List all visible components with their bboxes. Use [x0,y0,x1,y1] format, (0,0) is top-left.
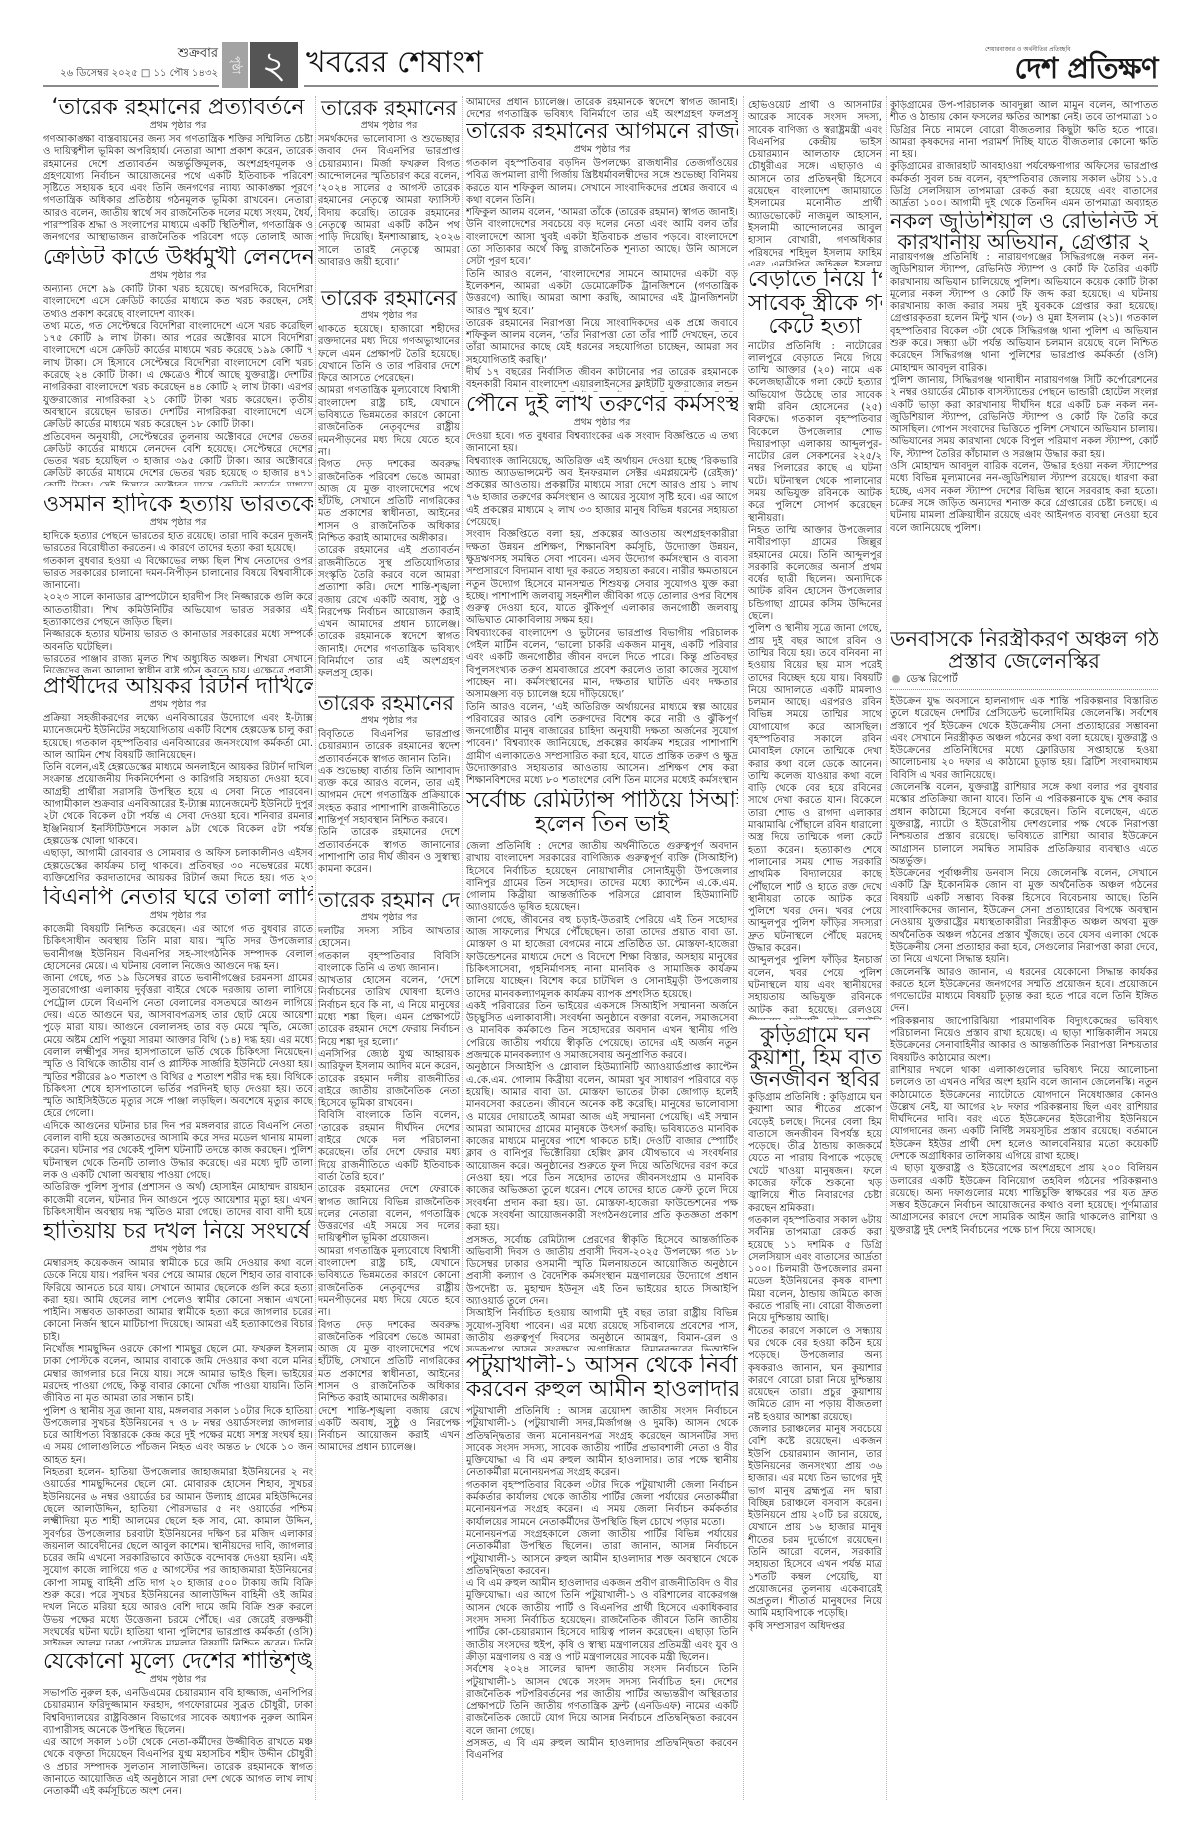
article-body: দলটির সদস্য সচিব আখতার হোসেন। গতকাল বৃহস… [318,926,460,1455]
paragraph: তিনি বলেন,এই হেল্পডেস্কের মাধ্যমে অনলাইন… [43,762,313,848]
continued-label: প্রথম পৃষ্ঠার পর [318,120,460,132]
paragraph: নারায়ণগঞ্জ প্রতিনিধি : নারায়ণগঞ্জের সি… [890,252,1158,375]
headline: তারেক রহমানের [318,96,460,120]
paragraph: আখতার হোসেন বলেন, ‘দেশে নির্বাচনের তারিখ… [318,975,460,1049]
headline: প্রার্থীদের আয়কর রিটার্ন দাখিলে বিশেষ [43,675,313,699]
paragraph: সর্বশেষ ২০২৪ সালের দ্বাদশ জাতীয় সংসদ নি… [466,1664,738,1738]
headline-line: জনজীবন স্থবির [748,1068,882,1090]
headline-line: সর্বোচ্চ রেমিট্যান্স পাঠিয়ে সিআইপি [466,789,738,813]
headline: ডনবাসকে নিরস্ত্রীকরণ অঞ্চল গঠনের প্রস্তা… [890,628,1158,672]
paragraph: আমরা গণতান্ত্রিক মূল্যবোধে বিশ্বাসী বাংল… [318,1246,460,1320]
column-separator [315,96,316,1800]
paragraph: ২০২৩ সালে কানাডার ব্রাম্পটোনে হারদীপ সিং… [43,592,313,629]
paragraph: রাশিয়ার দখলে থাকা এলাকাগুলোর ভবিষ্যৎ নি… [890,1065,1158,1163]
headline-line: পটুয়াখালী-১ আসন থেকে নির্বাচন [466,1354,738,1378]
article-body: কাজেমী বিষয়টি নিশ্চিত করেছেন। এর আগে গত… [43,924,313,1216]
paragraph: এক শুভেচ্ছা বার্তায় তিনি আশাবাদ ব্যক্ত … [318,766,460,827]
article-body: পটুয়াখালী প্রতিনিধি : আসন্ন ত্রয়োদশ জা… [466,1406,738,1763]
paragraph: দলটির সদস্য সচিব আখতার হোসেন। [318,926,460,951]
paragraph: গতকাল বৃহস্পতিবার বিবিসি বাংলাকে তিনি এ … [318,951,460,976]
paragraph: শফিকুল আলম বলেন, ‘আমরা তাঁকে (তারেক রহমা… [466,207,738,268]
paragraph: নাটোর প্রতিনিধি : নাটোরের লালপুরে বেড়াত… [748,341,882,525]
article-bnp-leader-house-fire: বিএনপি নেতার ঘরে তালা লাগিয়ে প্রথম পৃষ্… [43,886,313,1216]
headline: তারেক রহমান দেশে [318,888,460,912]
headline: ওসমান হাদিকে হত্যায় ভারতকে [43,493,313,517]
paragraph: গতকাল বৃহস্পতিবার সকাল ৬টায় সর্বনিম্ন ত… [748,1215,882,1326]
header-rule [304,85,1158,87]
article-continuation-patuakhali: হেভিওয়েট প্রার্থী ও আসনটির আরেক সাবেক স… [748,100,882,266]
headline-line: প্রস্তাব জেলেনস্কির [890,650,1158,672]
headline: বিএনপি নেতার ঘরে তালা লাগিয়ে [43,886,313,910]
continued-label: প্রথম পৃষ্ঠার পর [43,699,313,711]
article-tarique-2: তারেক রহমানের প্রথম পৃষ্ঠার পর থাকতে হয়… [318,286,460,688]
paragraph: ইউক্রেন যুদ্ধ অবসানে হালনাগাদ এক শান্তি … [890,696,1158,782]
continued-label: প্রথম পৃষ্ঠার পর [43,1674,313,1686]
headline: সর্বোচ্চ রেমিট্যান্স পাঠিয়ে সিআইপি হলেন… [466,789,738,837]
headline: ক্রেডিট কার্ডে উর্ধ্বমুখী লেনদেন [43,246,313,270]
article-body: নাটোর প্রতিনিধি : নাটোরের লালপুরে বেড়াত… [748,341,882,1021]
paragraph: এদিকে আগুনের ঘটনার চার দিন পর মঙ্গলবার র… [43,1121,313,1182]
article-political-arrival: তারেক রহমানের আগমনে রাজনৈতিক প্রথম পৃষ্ঠ… [466,120,738,392]
paragraph: এ বি এম রুহুল আমীন হাওলাদার একজন প্রবীণ … [466,1578,738,1664]
headline-line: কুড়িগ্রামে ঘন [748,1024,882,1046]
paragraph: কৃষি সম্প্রসারণ অধিদপ্তর [748,1621,882,1633]
headline: পটুয়াখালী-১ আসন থেকে নির্বাচন করবেন রুহ… [466,1354,738,1402]
paragraph: বিশ্বব্যাংকের বাংলাদেশ ও ভুটানের ভারপ্রা… [466,628,738,702]
article-fake-stamp-factory: নকল জুডিশিয়াল ও রেভিনিউ স্ট্যাম্পের কার… [890,211,1158,623]
article-body: মেম্বারসহ কয়েকজন আমার স্বামীকে চরে জমি … [43,1258,313,1645]
continued-label: প্রথম পৃষ্ঠার পর [43,270,313,282]
paragraph: জেলা প্রতিনিধি : দেশের জাতীয় অর্থনীতিতে… [466,841,738,915]
article-tarique-1: তারেক রহমানের প্রথম পৃষ্ঠার পর সমর্থকদের… [318,96,460,284]
paragraph: তথ্য মতে, গত সেপ্টেম্বরে বিদেশিরা বাংলাদ… [43,321,313,432]
paragraph: কুড়িগ্রাম প্রতিনিধি : কুড়িগ্রামে ঘন কু… [748,1092,882,1215]
article-peace-order: যেকোনো মূল্যে দেশের শান্তিশৃঙ্খলা রক্ষা … [43,1650,313,1800]
paragraph: সমর্থকদের ভালোবাসা ও শুভেচ্ছার জবাব দেন … [318,134,460,269]
continued-label: প্রথম পৃষ্ঠার পর [318,912,460,924]
continued-label: প্রথম পৃষ্ঠার পর [466,144,738,156]
article-body: কুড়িগ্রাম প্রতিনিধি : কুড়িগ্রামে ঘন কু… [748,1092,882,1633]
article-ex-wife-murder: বেড়াতে নিয়ে গিয়ে সাবেক স্ত্রীকে গলা ক… [748,268,882,1020]
article-credit-card: ক্রেডিট কার্ডে উর্ধ্বমুখী লেনদেন প্রথম প… [43,246,313,486]
masthead-logo: দেশ প্রতিক্ষণ [975,52,1158,84]
article-body: ইউক্রেন যুদ্ধ অবসানে হালনাগাদ এক শান্তি … [890,696,1158,1237]
paragraph: ওসি মোহাম্মদ আবদুল বারিক বলেন, উদ্ধার হও… [890,461,1158,535]
article-body: গণআকাঙ্ক্ষা বাস্তবায়নের জন্য সব গণতান্ত… [43,134,313,242]
paragraph: বিশ্বব্যাংক জানিয়েছে, অতিরিক্ত এই অর্থা… [466,456,738,530]
continued-label: প্রথম পৃষ্ঠার পর [43,120,313,132]
paragraph: এনসিপির জ্যেষ্ঠ যুগ্ম আহ্বায়ক আরিফুল ইস… [318,1049,460,1110]
paragraph: থাকতে হয়েছে। হাজারো শহীদের রক্তদানের মধ… [318,324,460,385]
headline-line: কেটে হত্যা [748,315,882,339]
headline: তারেক রহমানের ফেরা [318,691,460,715]
headline-line: নকল জুডিশিয়াল ও রেভিনিউ স্ট্যাম্পের [890,211,1158,232]
article-candidates-tax-return: প্রার্থীদের আয়কর রিটার্ন দাখিলে বিশেষ প… [43,675,313,883]
paragraph: হেভিওয়েট প্রার্থী ও আসনটির আরেক সাবেক স… [748,100,882,266]
paragraph: প্রসঙ্গত, এ বি এম রুহুল আমীন হাওলাদার প্… [466,1738,738,1763]
bullet-icon [892,675,900,683]
paragraph: আমরা গণতান্ত্রিক মূল্যবোধে বিশ্বাসী বাংল… [318,385,460,459]
paragraph: পুলিশ ও স্থানীয় সূত্রে জানা গেছে, প্রায… [748,623,882,955]
paragraph: জেলেনস্কি বলেন, যুক্তরাষ্ট্র রাশিয়ার সঙ… [890,782,1158,868]
paragraph: দেশে শান্তি-শৃঙ্খলা বজায় রেখে একটি অবাধ… [318,1406,460,1455]
paragraph: ইউক্রেনের পূর্বাঞ্চলীয় ডনবাস নিয়ে জেলে… [890,868,1158,966]
continued-label: প্রথম পৃষ্ঠার পর [466,417,738,429]
paragraph: কুড়িগ্রামের রাজারহাট আবহাওয়া পর্যবেক্ষ… [890,161,1158,210]
paragraph: কুড়িগ্রামের উপ-পরিচালক আবদুল্লা আল মামু… [890,100,1158,161]
paragraph: জানা গেছে, গত ১৯ ডিসেম্বর রাতে ভবানীগঞ্জ… [43,973,313,1121]
paragraph: শীতের কারণে সকালে ও সন্ধ্যায় ঘর থেকে বে… [748,1326,882,1424]
paragraph: সভাপতি নুরুল হক, এনডিএমের চেয়ারম্যান বব… [43,1688,313,1737]
paragraph: পুলিশ ও স্থানীয় সূত্র জানা যায়, মঙ্গলব… [43,1406,313,1467]
paragraph: বিগত দেড় দশকের অবরুদ্ধ রাজনৈতিক পরিবেশ … [318,1320,460,1406]
paragraph: এছাড়া, আগামী রোববার ও সোমবার ও অফিস চলা… [43,848,313,883]
article-osman-hadi: ওসমান হাদিকে হত্যায় ভারতকে প্রথম পৃষ্ঠা… [43,493,313,673]
article-body: নারায়ণগঞ্জ প্রতিনিধি : নারায়ণগঞ্জের সি… [890,252,1158,535]
article-continuation-kurigram: কুড়িগ্রামের উপ-পরিচালক আবদুল্লা আল মামু… [890,100,1158,210]
paragraph: বিবৃতিতে বিএনপির ভারপ্রাপ্ত চেয়ারম্যান … [318,729,460,766]
paragraph: প্রক্রিয়া সহজীকরণের লক্ষ্যে এনবিআরের উদ… [43,713,313,762]
article-body: দেওয়া হবে। গত বুধবার বিশ্বব্যাংকের এক স… [466,431,738,787]
paragraph: একই পরিবারের তিন ভাইয়ের একসঙ্গে সিআইপি … [466,1001,738,1062]
column-separator [743,96,744,1800]
issue-date: ২৬ ডিসেম্বর ২০২৫ □ ১১ পৌষ ১৪৩২ [43,67,218,80]
continued-label: প্রথম পৃষ্ঠার পর [43,910,313,922]
column-separator [886,96,887,1800]
article-patuakhali-election: পটুয়াখালী-১ আসন থেকে নির্বাচন করবেন রুহ… [466,1354,738,1800]
article-body: থাকতে হয়েছে। হাজারো শহীদের রক্তদানের মধ… [318,324,460,681]
article-body: হাদিকে হত্যার পেছনে ভারতের হাত রয়েছে। ত… [43,531,313,673]
article-remittance-cip: সর্বোচ্চ রেমিট্যান্স পাঠিয়ে সিআইপি হলেন… [466,789,738,1351]
paragraph: নিখোঁজ শামছুদ্দিন ওরফে কোপা শামছুর ছেলে … [43,1344,313,1405]
paragraph: পুলিশ জানায়, সিদ্ধিরগঞ্জ থানাধীন নারায়… [890,375,1158,461]
paragraph: এ ছাড়া যুক্তরাষ্ট্র ও ইউরোপের অংশগ্রহণে… [890,1163,1158,1237]
paragraph: প্রসঙ্গত, সর্বোচ্চ রেমিট্যান্স প্রেরণের … [466,1235,738,1309]
paragraph: তারেক রহমানের নিরাপত্তা নিয়ে সাংবাদিকদে… [466,318,738,367]
paragraph: গতকাল বৃহস্পতিবার বিকেল ৩টার দিকে পটুয়া… [466,1480,738,1529]
paragraph: পটুয়াখালী প্রতিনিধি : আসন্ন ত্রয়োদশ জা… [466,1406,738,1480]
paragraph: তারেক রহমানের এই প্রত্যাবর্তন রাজনীতিতে … [318,545,460,680]
article-body: অন্যান্য দেশে ৯৯ কোটি টাকা খরচ হয়েছে। অ… [43,284,313,486]
paragraph: সিআইপি নির্বাচিত হওয়ায় আগামী দুই বছর ত… [466,1308,738,1351]
paragraph: হাদিকে হত্যার পেছনে ভারতের হাত রয়েছে। ত… [43,531,313,556]
page-label-box: পৃষ্ঠা [222,42,248,88]
article-body: প্রক্রিয়া সহজীকরণের লক্ষ্যে এনবিআরের উদ… [43,713,313,883]
article-body: বিবৃতিতে বিএনপির ভারপ্রাপ্ত চেয়ারম্যান … [318,729,460,877]
article-body: সমর্থকদের ভালোবাসা ও শুভেচ্ছার জবাব দেন … [318,134,460,269]
continued-label: প্রথম পৃষ্ঠার পর [43,1244,313,1256]
headline-line: হলেন তিন ভাই [466,813,738,837]
date-underline [43,85,219,87]
paragraph: সংবাদ বিজ্ঞপ্তিতে বলা হয়, প্রকল্পের আওত… [466,529,738,627]
paragraph: আব্দুলপুর পুলিশ ফাঁড়ির ইনচার্জ বলেন, খব… [748,955,882,1020]
article-kurigram-fog: কুড়িগ্রামে ঘন কুয়াশা, হিম বাতাসে জনজীব… [748,1024,882,1800]
paragraph: জেলেনস্কি আরও জানান, এ ধরনের যেকোনো সিদ্… [890,967,1158,1016]
paragraph: পরিকল্পনায় জাপোরিঝিয়া পারমাণবিক বিদ্যু… [890,1016,1158,1065]
headline: কুড়িগ্রামে ঘন কুয়াশা, হিম বাতাসে জনজীব… [748,1024,882,1090]
paragraph: মনোনয়নপত্র সংগ্রহকালে জেলা জাতীয় পার্ট… [466,1529,738,1578]
paragraph: কাজেমী বিষয়টি নিশ্চিত করেছেন। এর আগে গত… [43,924,313,973]
paragraph: গণআকাঙ্ক্ষা বাস্তবায়নের জন্য সব গণতান্ত… [43,134,313,242]
paragraph: অন্যান্য দেশে ৯৯ কোটি টাকা খরচ হয়েছে। অ… [43,284,313,321]
headline-line: সাবেক স্ত্রীকে গলা [748,292,882,316]
section-title: খবরের শেষাংশ [306,44,483,82]
weekday: শুক্রবার [120,46,218,62]
article-body: কুড়িগ্রামের উপ-পরিচালক আবদুল্লা আল মামু… [890,100,1158,210]
headline-line: ডনবাসকে নিরস্ত্রীকরণ অঞ্চল গঠনের [890,628,1158,650]
paragraph: নিজ্জারকে হত্যার ঘটনায় ভারত ও কানাডার স… [43,629,313,654]
article-tarique-home: তারেক রহমান দেশে প্রথম পৃষ্ঠার পর দলটির … [318,888,460,1800]
headline-line: কারখানায় অভিযান, গ্রেপ্তার ২ [890,232,1158,253]
paragraph: গতকাল বৃহস্পতিবার বড়দিন উপলক্ষ্যে রাজধা… [466,158,738,207]
paragraph: তারেক রহমানের দেশে ফেরাকে স্বাগত জানিয়ে… [318,1184,460,1245]
paragraph: ভারতের পাঞ্জাব রাজ্য মূলত শিখ অধ্যুষিত অ… [43,654,313,673]
paragraph: প্রতিবেদন অনুযায়ী, সেপ্টেম্বরের তুলনায়… [43,432,313,486]
headline: বেড়াতে নিয়ে গিয়ে সাবেক স্ত্রীকে গলা ক… [748,268,882,339]
dotted-divider [890,689,1158,690]
byline: ডেস্ক রিপোর্ট [890,672,1158,686]
paragraph: গতকাল বুধবার হওয়া এ বিক্ষোভের লক্ষ্য ছি… [43,556,313,593]
paragraph: অতিরিক্ত পুলিশ সুপার (প্রশাসন ও অর্থ) হো… [43,1182,313,1216]
continued-label: প্রথম পৃষ্ঠার পর [43,517,313,529]
article-body: আমাদের প্রধান চ্যালেঞ্জ। তারেক রহমানকে স… [466,97,738,122]
headline: পৌনে দুই লাখ তরুণের কর্মসংস্থানে [466,393,738,417]
paragraph: এর আগে সকাল ১০টা থেকে নেতা-কর্মীদের উজ্জ… [43,1737,313,1798]
article-donbas-zelensky: ডনবাসকে নিরস্ত্রীকরণ অঞ্চল গঠনের প্রস্তা… [890,628,1158,1770]
headline: তারেক রহমানের [318,286,460,310]
paragraph: বিবিসি বাংলাকে তিনি বলেন, ‘তারেক রহমান দ… [318,1110,460,1184]
paragraph: নিহতরা হলেন- হাতিয়া উপজেলার জাহাজমারা ই… [43,1467,313,1645]
headline: হাতিয়ায় চর দখল নিয়ে সংঘর্ষে ৫ জন [43,1220,313,1244]
article-tarique-return: তারেক রহমানের ফেরা প্রথম পৃষ্ঠার পর বিবৃ… [318,691,460,885]
headline-line: করবেন রুহুল আমীন হাওলাদার [466,1378,738,1402]
paragraph: তিনি তারেক রহমানের দেশে প্রত্যাবর্তনকে স… [318,827,460,876]
headline: নকল জুডিশিয়াল ও রেভিনিউ স্ট্যাম্পের কার… [890,211,1158,252]
paragraph: দীর্ঘ ১৭ বছরের নির্বাসিত জীবন কাটানোর পর… [466,367,738,392]
byline-text: ডেস্ক রিপোর্ট [906,672,958,686]
paragraph: জেলার চরাঞ্চলের মানুষ সবচেয়ে বেশি কষ্টে… [748,1424,882,1621]
article-youth-employment: পৌনে দুই লাখ তরুণের কর্মসংস্থানে প্রথম প… [466,393,738,787]
paragraph: নিহত তাম্মি আক্তার উপজেলার নাবীরপাড়া গ্… [748,525,882,623]
newspaper-page: শুক্রবার ২৬ ডিসেম্বর ২০২৫ □ ১১ পৌষ ১৪৩২ … [0,0,1200,1843]
headline: যেকোনো মূল্যে দেশের শান্তিশৃঙ্খলা রক্ষা [43,1650,313,1674]
paragraph: আমাদের প্রধান চ্যালেঞ্জ। তারেক রহমানকে স… [466,97,738,122]
paragraph: দেওয়া হবে। গত বুধবার বিশ্বব্যাংকের এক স… [466,431,738,456]
headline: তারেক রহমানের আগমনে রাজনৈতিক [466,120,738,144]
headline-line: বেড়াতে নিয়ে গিয়ে [748,268,882,292]
paragraph: অনুষ্ঠানে সিআইপি ও গ্লোবাল হিউম্যানিটি অ… [466,1062,738,1234]
continued-label: প্রথম পৃষ্ঠার পর [318,715,460,727]
headline: ‘তারেক রহমানের প্রত্যাবর্তনে [43,96,313,120]
paragraph: জানা গেছে, জীবনের বহু চড়াই-উতরাই পেরিয়… [466,915,738,1001]
article-body: জেলা প্রতিনিধি : দেশের জাতীয় অর্থনীতিতে… [466,841,738,1351]
article-body: হেভিওয়েট প্রার্থী ও আসনটির আরেক সাবেক স… [748,100,882,266]
article-body: সভাপতি নুরুল হক, এনডিএমের চেয়ারম্যান বব… [43,1688,313,1799]
page-number-box: ২ [250,42,298,88]
article-tarique-return-statement: ‘তারেক রহমানের প্রত্যাবর্তনে প্রথম পৃষ্ঠ… [43,96,313,242]
paragraph: মেম্বারসহ কয়েকজন আমার স্বামীকে চরে জমি … [43,1258,313,1344]
paragraph: বিগত দেড় দশকের অবরুদ্ধ রাজনৈতিক পরিবেশ … [318,459,460,545]
paragraph: তিনি আরও বলেন, ‘এই অতিরিক্ত অর্থায়নের ম… [466,702,738,787]
headline-line: কুয়াশা, হিম বাতাসে [748,1046,882,1068]
continued-label: প্রথম পৃষ্ঠার পর [318,310,460,322]
article-body: গতকাল বৃহস্পতিবার বড়দিন উপলক্ষ্যে রাজধা… [466,158,738,392]
paragraph: তিনি আরও বলেন, ‘বাংলাদেশের সামনে আমাদের … [466,269,738,318]
column-separator [462,96,463,1800]
article-hatiya-clash: হাতিয়ায় চর দখল নিয়ে সংঘর্ষে ৫ জন প্রথ… [43,1220,313,1645]
article-continuation-tarique: আমাদের প্রধান চ্যালেঞ্জ। তারেক রহমানকে স… [466,97,738,122]
